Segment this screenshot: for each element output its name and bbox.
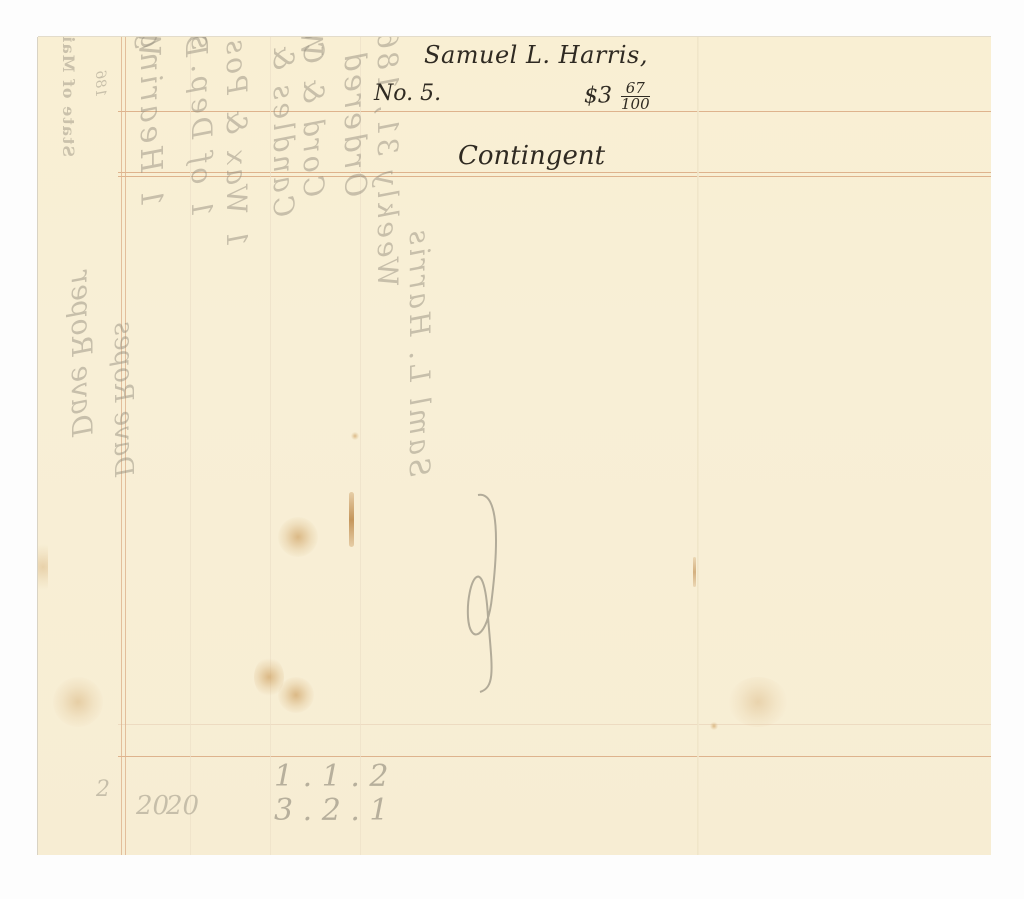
- foxing-stain: [53, 677, 103, 727]
- bleed-text: 1 Hearing, Paper, Pen: [133, 37, 168, 207]
- bleed-text: Cord & Candles to Bridge: [297, 37, 330, 197]
- bleed-text: 1 of Dep. sealing wax: [185, 37, 218, 217]
- edge-stain: [38, 537, 48, 597]
- payee-name: Samuel L. Harris,: [424, 41, 648, 69]
- foxing-stain: [278, 677, 314, 713]
- bleed-ordered-paid: Ordered Paid: [337, 37, 372, 197]
- bleed-bottom-left-2: 20: [136, 791, 169, 821]
- paper-fold: [697, 37, 699, 855]
- foxing-stain: [728, 677, 788, 727]
- footer-rule-faint: [118, 724, 991, 725]
- bleed-signature: Saml L. Harris: [403, 227, 436, 477]
- bleed-year: 186: [92, 70, 108, 97]
- foxing-stain: [278, 517, 318, 557]
- bleed-text: Dave Ropes: [108, 322, 138, 477]
- bleed-text: Dave Roper: [65, 271, 98, 437]
- voucher-number: No. 5.: [374, 81, 441, 106]
- bleed-bottom-left-1: 2: [96, 777, 110, 802]
- paper-sheet: State of Maine Dr. 186 Weekly Day Weekly…: [38, 37, 991, 855]
- bleed-text: Weekly 31, 1862: [371, 37, 404, 287]
- amount-dollars: $3: [584, 84, 612, 109]
- bleed-text: Candles & oil: [267, 37, 300, 217]
- bleed-margin-heading: State of Maine Dr.: [59, 37, 78, 157]
- foxing-dot: [710, 722, 718, 730]
- bleed-bottom-left-3: 20: [166, 791, 199, 821]
- ink-stain: [693, 557, 696, 587]
- foxing-dot: [351, 432, 359, 440]
- cents-denominator: 100: [621, 97, 650, 112]
- expense-category: Contingent: [458, 141, 605, 171]
- bleed-text: 1 Wax & Postage 3c: [220, 37, 253, 247]
- signature-flourish-icon: [458, 487, 508, 697]
- scanned-document: State of Maine Dr. 186 Weekly Day Weekly…: [0, 0, 1024, 899]
- footer-rule: [118, 756, 991, 757]
- bleed-total-row-1: 1 . 1 . 2: [274, 759, 388, 794]
- voucher-amount: $3 67 100: [584, 81, 650, 112]
- amount-cents: 67 100: [621, 81, 650, 112]
- bleed-total-row-2: 3 . 2 . 1: [274, 793, 388, 828]
- ink-stain: [349, 492, 354, 547]
